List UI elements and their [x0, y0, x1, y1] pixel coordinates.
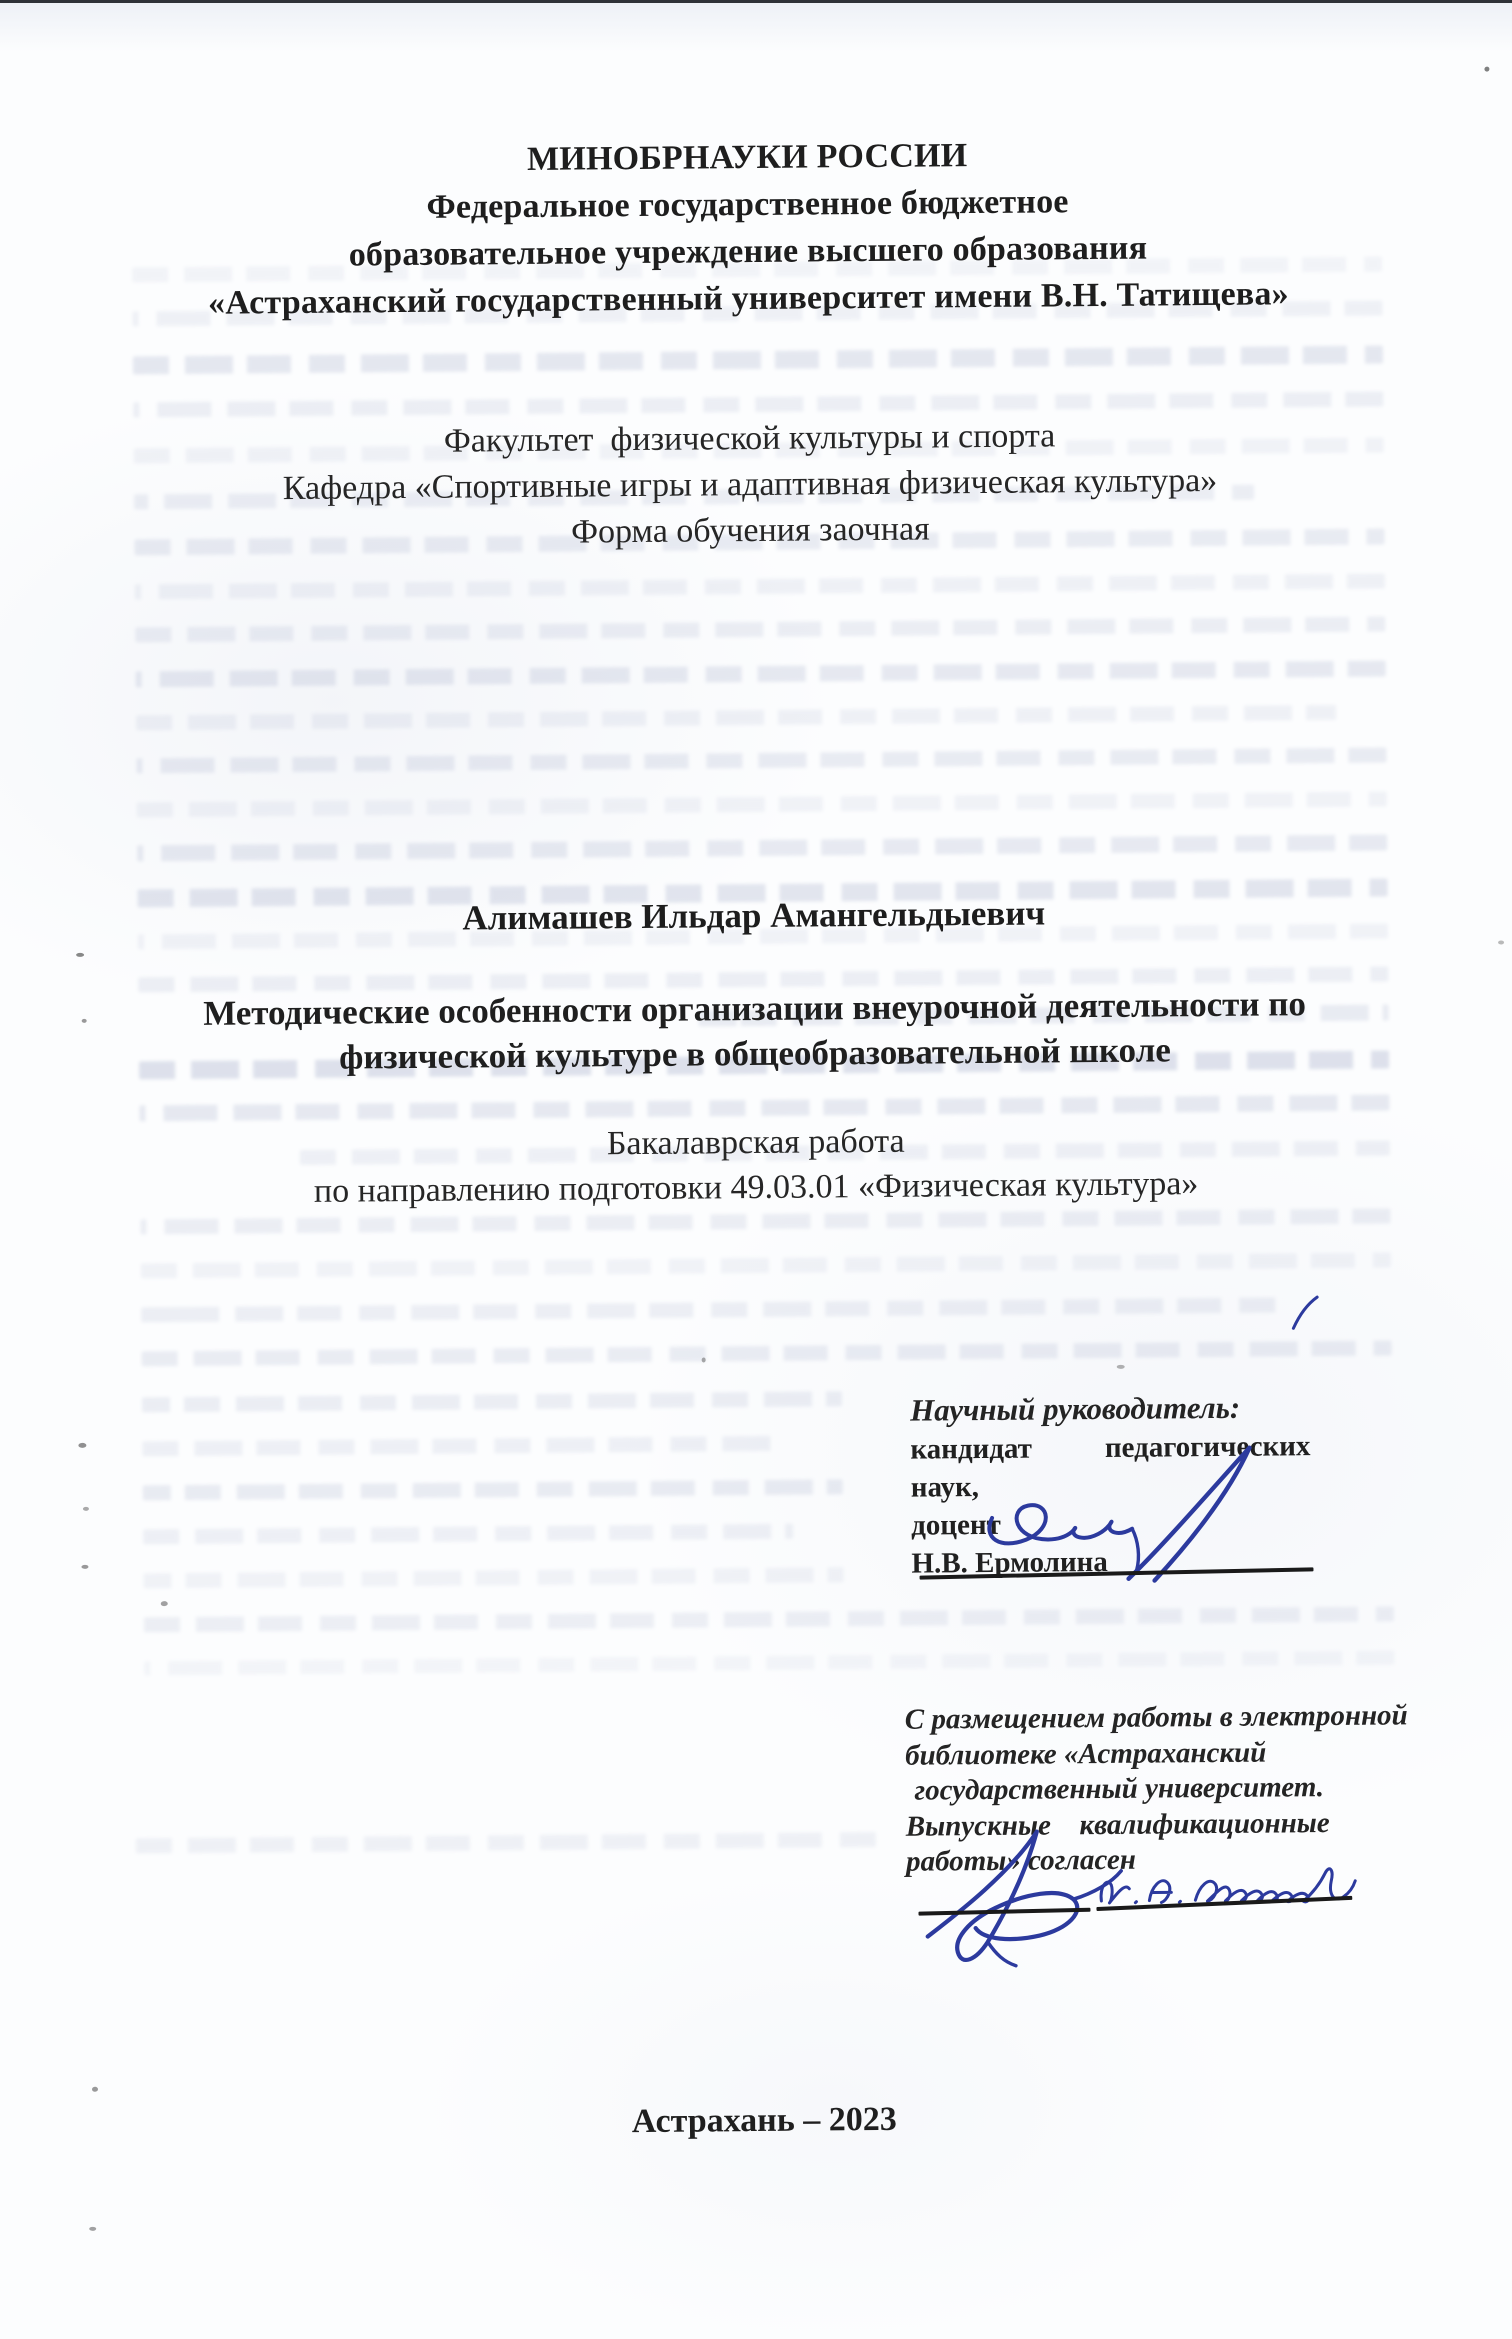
- scanned-page: МИНОБРНАУКИ РОССИИ Федеральное государст…: [0, 0, 1512, 2339]
- city-year-text: Астрахань – 2023: [8, 2095, 1512, 2146]
- bleed-through-text-line: [136, 747, 1386, 773]
- scan-speck: [1498, 940, 1504, 944]
- scan-speck: [89, 2227, 96, 2231]
- faculty-block: Факультет физической культуры и спорта К…: [0, 409, 1507, 560]
- bleed-through-text-line: [143, 1524, 793, 1545]
- scan-speck: [83, 1507, 89, 1511]
- scan-speck: [161, 1601, 168, 1606]
- bleed-through-text-line: [135, 573, 1385, 599]
- consent-line: С размещением работы в электронной: [905, 1699, 1329, 1738]
- supervisor-label: Научный руководитель:: [910, 1387, 1310, 1430]
- bleed-through-text-line: [144, 1567, 844, 1588]
- pen-stray-mark: [1291, 1295, 1321, 1331]
- city-year: Астрахань – 2023: [8, 2095, 1512, 2146]
- student-name-signature: [1091, 1855, 1372, 1919]
- bleed-through-text-line: [141, 1297, 1291, 1322]
- bleed-through-text-line: [142, 1436, 782, 1457]
- scan-speck: [702, 1357, 706, 1362]
- scan-speck: [1117, 1365, 1125, 1369]
- bleed-through-text-line: [136, 705, 1336, 730]
- consent-line: государственный университет.: [905, 1770, 1329, 1809]
- bleed-through-text-line: [144, 1606, 1394, 1632]
- bleed-through-text-line: [137, 834, 1387, 861]
- bleed-through-text-line: [142, 1391, 842, 1412]
- page-content: МИНОБРНАУКИ РОССИИ Федеральное государст…: [0, 0, 1512, 2339]
- bleed-through-text-line: [136, 660, 1386, 687]
- scan-speck: [92, 2087, 98, 2092]
- supervisor-signature: [977, 1443, 1278, 1586]
- consent-line: библиотеке «Астраханский: [905, 1735, 1329, 1774]
- bleed-through-text-line: [136, 1832, 876, 1853]
- bleed-through-text-line: [135, 616, 1385, 642]
- ministry-header: МИНОБРНАУКИ РОССИИ Федеральное государст…: [0, 127, 1505, 328]
- bleed-through-text-line: [144, 1650, 1394, 1675]
- work-type-block: Бакалаврская работа по направлению подго…: [0, 1113, 1512, 1216]
- bleed-through-text-line: [142, 1340, 1392, 1366]
- scan-speck: [76, 953, 84, 957]
- bleed-through-text-line: [133, 345, 1383, 374]
- bleed-through-text-line: [137, 791, 1387, 817]
- bleed-through-text-line: [143, 1479, 843, 1500]
- scan-speck: [1484, 67, 1489, 72]
- scan-speck: [81, 1565, 88, 1569]
- bleed-through-text-line: [141, 1252, 1391, 1278]
- thesis-title: Методические особенности организации вне…: [0, 979, 1511, 1082]
- scan-speck: [78, 1443, 86, 1448]
